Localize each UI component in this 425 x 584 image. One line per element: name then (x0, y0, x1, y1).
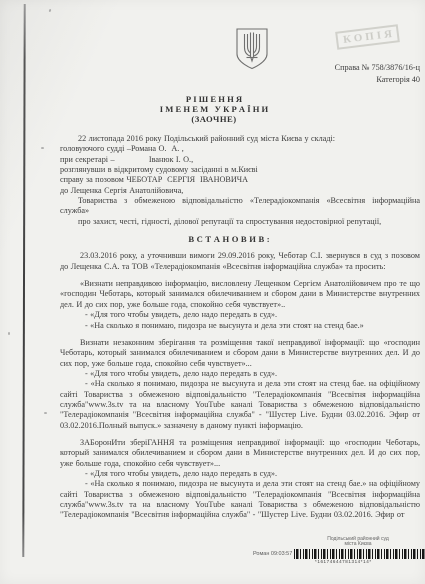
copy-stamp: КОПІЯ (335, 24, 400, 50)
registration-barcode-block: Подільський районний суд міста Києва Ром… (253, 537, 425, 564)
title-line-in-name-of-ukraine: І М Е Н Е М У К Р А Ї Н И (0, 104, 425, 114)
paragraph-declare-false-info: «Визнати неправдивою інформацію, висловл… (60, 279, 420, 310)
intro-line-judge: головуючого судді –Романа О. А. , (60, 144, 420, 154)
quote-paragraph-websites-cut: - «На сколько я понимаю, пидозра не высу… (60, 479, 420, 520)
case-info: Справа № 758/3876/16-ц Категорія 40 (335, 62, 420, 85)
intro-line-plaintiff: справу за позовом ЧЕБОТАР СЕРГІЯ ІВАНОВИ… (60, 175, 420, 185)
established-heading: В С Т А Н О В И В : (60, 234, 398, 244)
barcode-digits: *16174644781314*14* (315, 559, 425, 564)
title-line-in-absentia: (ЗАОЧНЕ) (0, 114, 425, 124)
intro-line-defendant: до Лещенка Сергія Анатолійовича, (60, 186, 420, 196)
quote-line: - «На сколько я понимаю, пидозра не высу… (60, 321, 420, 331)
quote-paragraph-websites: - «На сколько я понимаю, пидозра не высу… (60, 379, 420, 431)
intro-line: 22 листопада 2016 року Подільський район… (60, 134, 420, 144)
intro-line-hearing: розглянувши в відкритому судовому засіда… (60, 165, 420, 175)
case-category: Категорія 40 (335, 74, 420, 86)
quote-line: - «Для того чтобы увидеть, дело надо пер… (60, 310, 420, 320)
paragraph-claim-intro: 23.03.2016 року, а уточнивши вимоги 29.0… (60, 251, 420, 272)
paragraph-declare-unlawful-storage: Визнати незаконним зберігання та розміще… (60, 338, 420, 369)
quote-line: - «Для того чтобы увидеть, дело надо пер… (60, 369, 420, 379)
quote-line: - «Для того чтобы увидеть, дело надо пер… (60, 469, 420, 479)
document-body: 22 листопада 2016 року Подільський район… (0, 134, 425, 521)
intro-line-company: Товариства з обмеженою відповідальністю … (60, 196, 420, 217)
intro-line-secretary: при секретарі – Іванюк І. О., (60, 155, 420, 165)
footer-signer-timestamp: Роман 09:03:57 (253, 551, 292, 557)
paragraph-prohibit-storage: ЗАБоронИти зберіГАННЯ та розміщення непр… (60, 438, 420, 469)
intro-line-subject: про захист, честі, гідності, ділової реп… (60, 217, 420, 227)
court-decision-document: КОПІЯ Справа № 758/3876/16-ц Категорія 4… (0, 0, 425, 584)
ukraine-coat-of-arms-icon (234, 27, 270, 71)
case-number: Справа № 758/3876/16-ц (335, 62, 420, 74)
barcode (294, 549, 425, 559)
footer-court-city: міста Києва (299, 542, 417, 547)
title-line-decision: Р І Ш Е Н Н Я (0, 94, 425, 104)
scan-speck (49, 9, 52, 13)
document-title: Р І Ш Е Н Н Я І М Е Н Е М У К Р А Ї Н И … (0, 94, 425, 124)
